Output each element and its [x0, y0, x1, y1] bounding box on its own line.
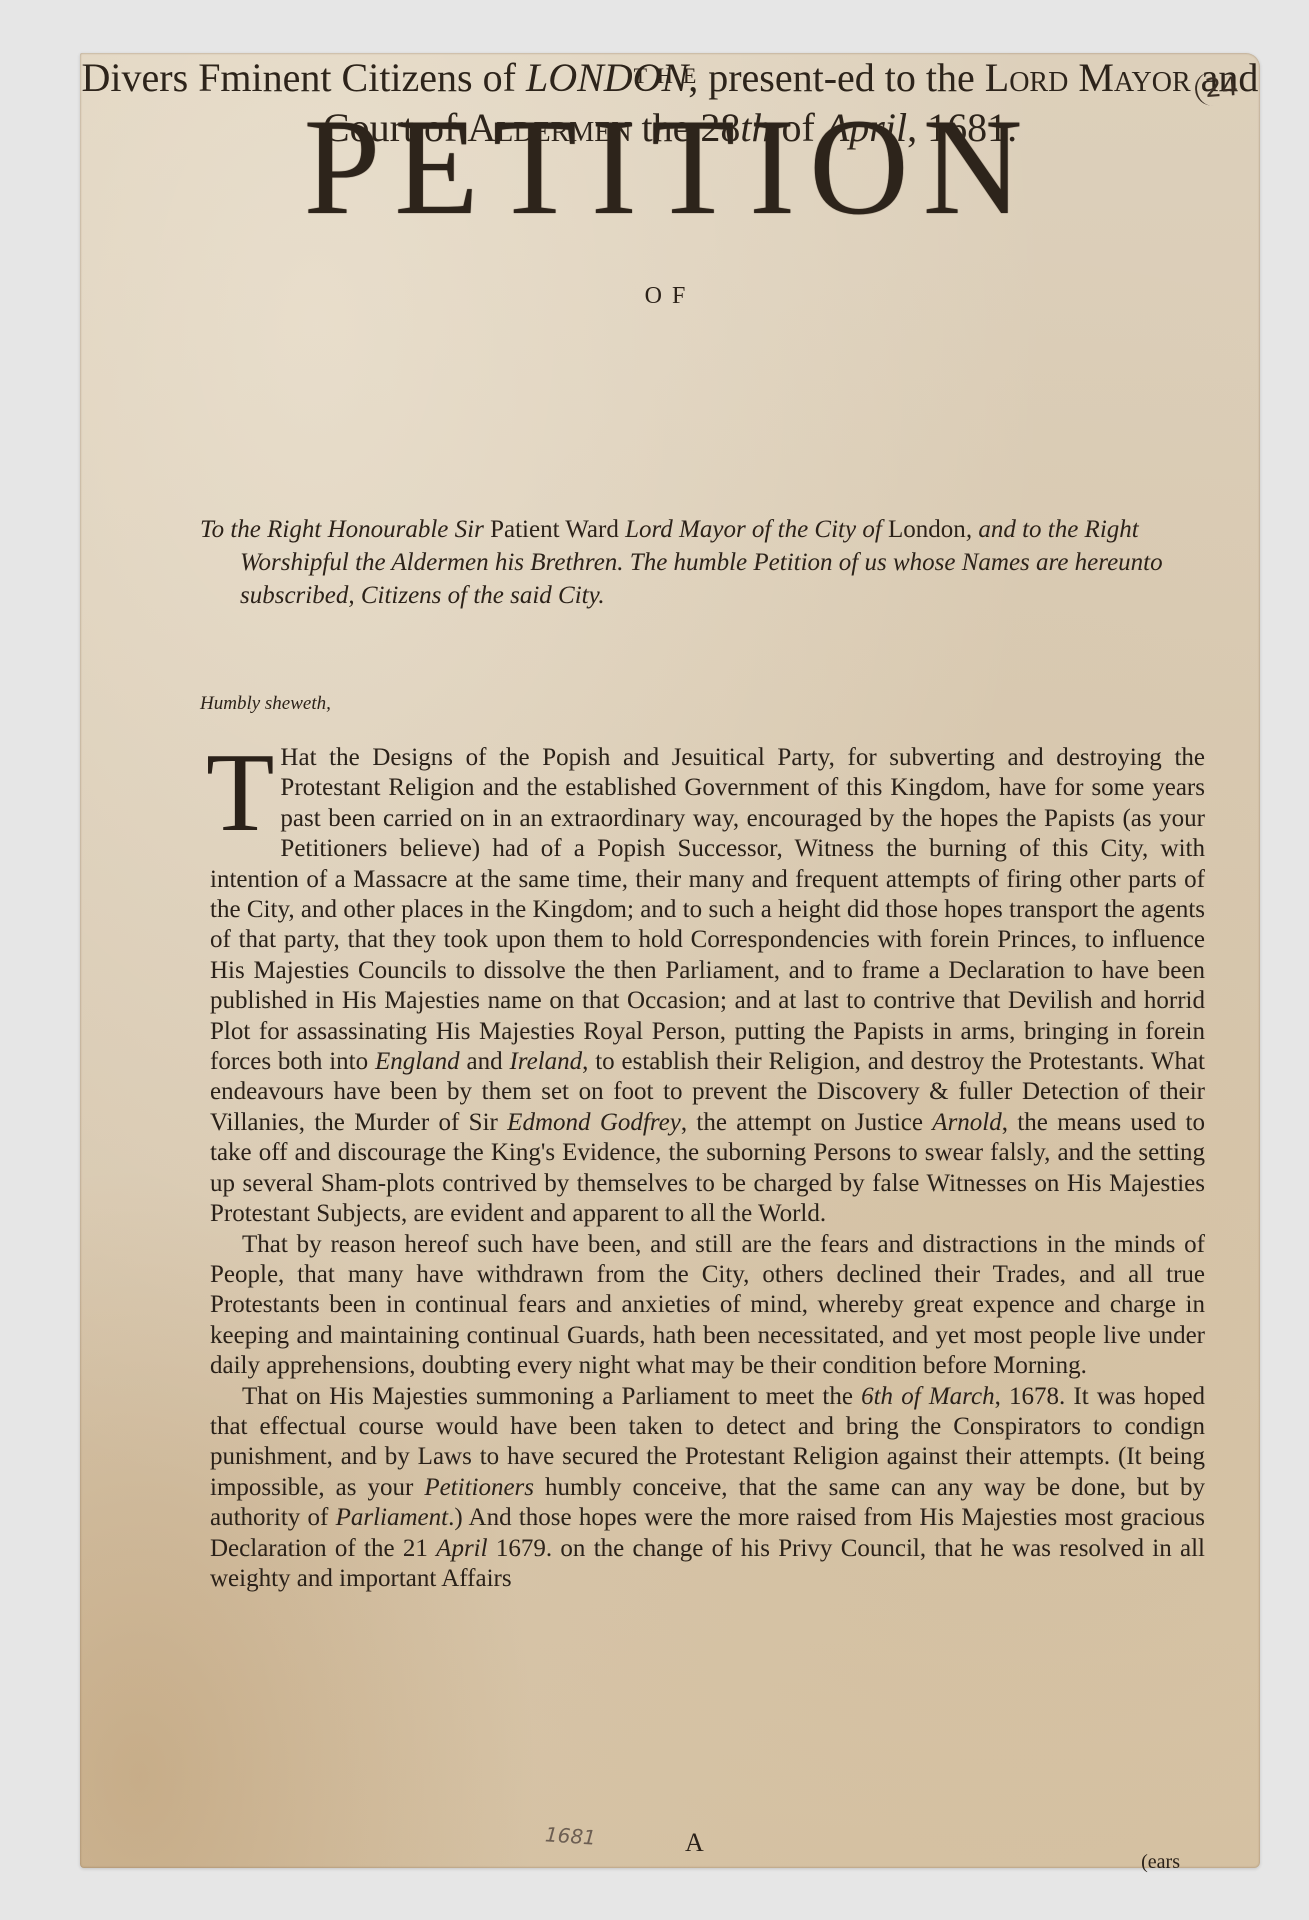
- pencil-annotation-year: 1681: [544, 1822, 596, 1849]
- place-ireland: Ireland: [509, 1048, 582, 1075]
- address-patient-ward: Patient Ward: [490, 516, 619, 543]
- title-of: OF: [80, 283, 1260, 310]
- address-text: To the Right Honourable Sir: [200, 516, 490, 543]
- paragraph-text: and: [460, 1048, 510, 1075]
- name-arnold: Arnold: [932, 1109, 1001, 1136]
- paragraph-2: That by reason hereof such have been, an…: [210, 1230, 1205, 1382]
- catchword: (ears: [1141, 1851, 1180, 1874]
- title-the: THE: [80, 63, 1260, 89]
- document-page: 24 THE PETITION OF Divers Fminent Citize…: [80, 53, 1260, 1868]
- address-paragraph: To the Right Honourable Sir Patient Ward…: [200, 513, 1205, 612]
- address-text: Lord Mayor of the City of: [619, 516, 888, 543]
- drop-cap: T: [206, 743, 274, 839]
- paragraph-text: , the attempt on Justice: [681, 1109, 932, 1136]
- name-godfrey: Edmond Godfrey: [507, 1109, 681, 1136]
- signature-mark: A: [685, 1828, 704, 1858]
- word-parliament: Parliament: [336, 1504, 449, 1531]
- paragraph-text: Hat the Designs of the Popish and Jesuit…: [210, 744, 1205, 1075]
- place-england: England: [375, 1048, 460, 1075]
- paragraph-1: THat the Designs of the Popish and Jesui…: [210, 743, 1205, 1230]
- salutation: Humbly sheweth,: [200, 693, 331, 715]
- date-march: 6th of March: [861, 1383, 994, 1410]
- date-april: April: [436, 1535, 487, 1562]
- page-title: PETITION: [80, 98, 1260, 236]
- word-petitioners: Petitioners: [424, 1474, 534, 1501]
- paragraph-3: That on His Majesties summoning a Parlia…: [210, 1382, 1205, 1595]
- body-text: THat the Designs of the Popish and Jesui…: [210, 743, 1205, 1594]
- address-london: London: [888, 516, 966, 543]
- paragraph-text: That on His Majesties summoning a Parlia…: [242, 1383, 861, 1410]
